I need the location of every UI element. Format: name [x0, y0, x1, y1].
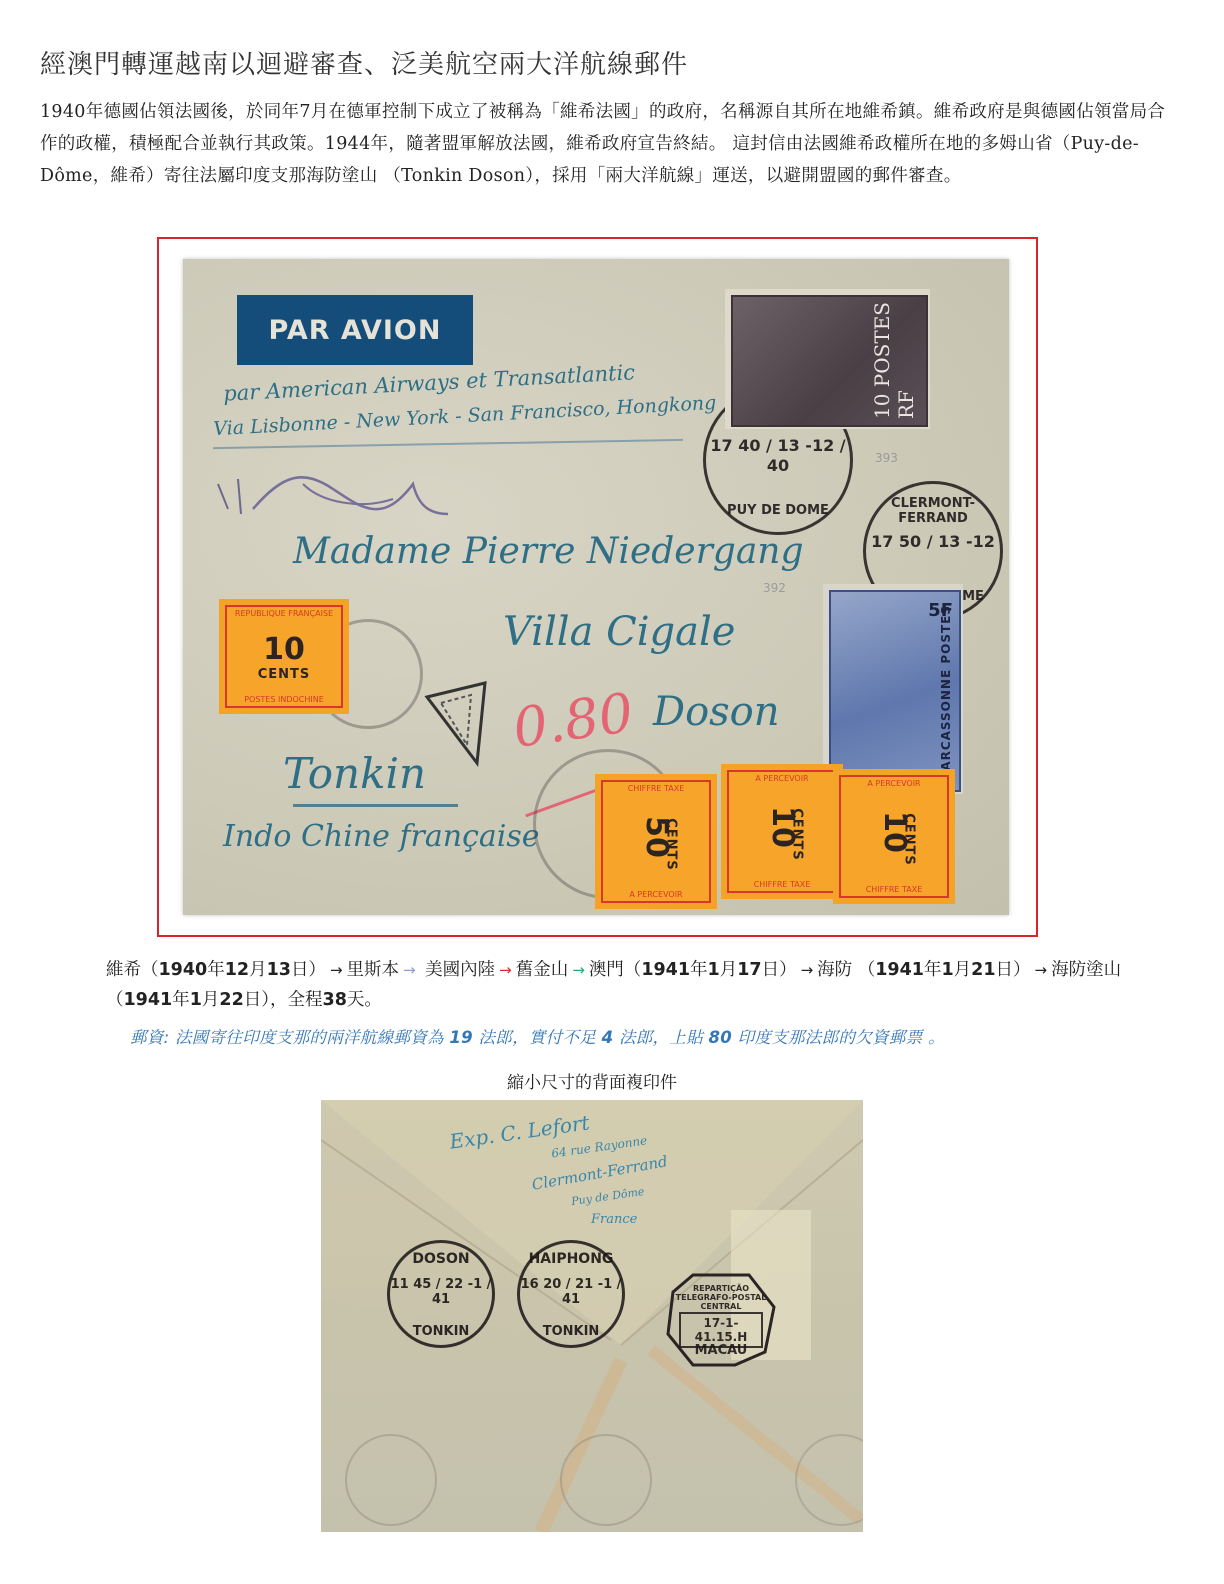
route-arrow-icon: →: [499, 955, 512, 985]
postmark-macau: REPARTIÇÃO TELEGRAFO-POSTAL CENTRAL 17-1…: [665, 1272, 777, 1368]
red-postage-due-marking: 0.80: [509, 681, 637, 760]
back-sender-country: France: [591, 1212, 637, 1227]
handwritten-city: Doson: [653, 689, 780, 735]
pencil-scribble-icon: [213, 464, 453, 534]
route-arrow-icon: →: [403, 955, 416, 985]
stamp-5f-carcassonne: 5F CARCASSONNE POSTES: [823, 584, 963, 794]
postage-note: 郵資: 法國寄往印度支那的兩洋航線郵資為 19 法郎，實付不足 4 法郎，上貼 …: [130, 1024, 945, 1048]
handwritten-underline: [213, 439, 683, 449]
handwritten-street: Villa Cigale: [503, 609, 735, 655]
route-description: 維希（1940年12月13日）→里斯本→ 美國內陸→舊金山→澳門（1941年1月…: [106, 955, 1186, 1015]
postmark-doson: DOSON 11 45 / 22 -1 / 41 TONKIN: [387, 1240, 495, 1348]
handwritten-addressee: Madame Pierre Niedergang: [293, 531, 804, 572]
handwritten-region-underline: [293, 804, 458, 807]
stamp-10f-brown: 10 POSTES RF: [725, 289, 930, 429]
pencil-number: 392: [763, 581, 786, 595]
postage-due-stamp-10c: A PERCEVOIR 10 CENTS CHIFFRE TAXE: [721, 764, 843, 899]
handwritten-region: Tonkin: [283, 749, 426, 798]
postmark-haiphong: HAIPHONG 16 20 / 21 -1 / 41 TONKIN: [517, 1240, 625, 1348]
envelope-back-image: Exp. C. Lefort 64 rue Rayonne Clermont-F…: [321, 1100, 863, 1532]
page-title: 經澳門轉運越南以迴避審查、泛美航空兩大洋航線郵件: [40, 44, 688, 81]
envelope-front-image: PAR AVION par American Airways et Transa…: [183, 259, 1009, 915]
route-arrow-icon: →: [330, 955, 343, 985]
front-cover-frame: PAR AVION par American Airways et Transa…: [157, 237, 1038, 937]
tax-triangle-icon: [423, 679, 493, 769]
postage-due-stamp-10c: A PERCEVOIR 10 CENTS CHIFFRE TAXE: [833, 769, 955, 904]
postage-due-stamp-50c: CHIFFRE TAXE 50 CENTS A PERCEVOIR: [595, 774, 717, 909]
route-arrow-icon: →: [572, 955, 585, 985]
route-arrow-icon: →: [801, 955, 814, 985]
route-arrow-icon: →: [1035, 955, 1048, 985]
intro-paragraph: 1940年德國佔領法國後，於同年7月在德軍控制下成立了被稱為「維希法國」的政府，…: [40, 96, 1180, 192]
handwritten-country: Indo Chine française: [223, 819, 540, 854]
postage-due-stamp-10c: REPUBLIQUE FRANÇAISE 10 CENTS POSTES IND…: [219, 599, 349, 714]
pencil-number: 393: [875, 451, 898, 465]
back-cover-caption: 縮小尺寸的背面複印件: [0, 1068, 1184, 1093]
par-avion-label: PAR AVION: [237, 295, 473, 365]
